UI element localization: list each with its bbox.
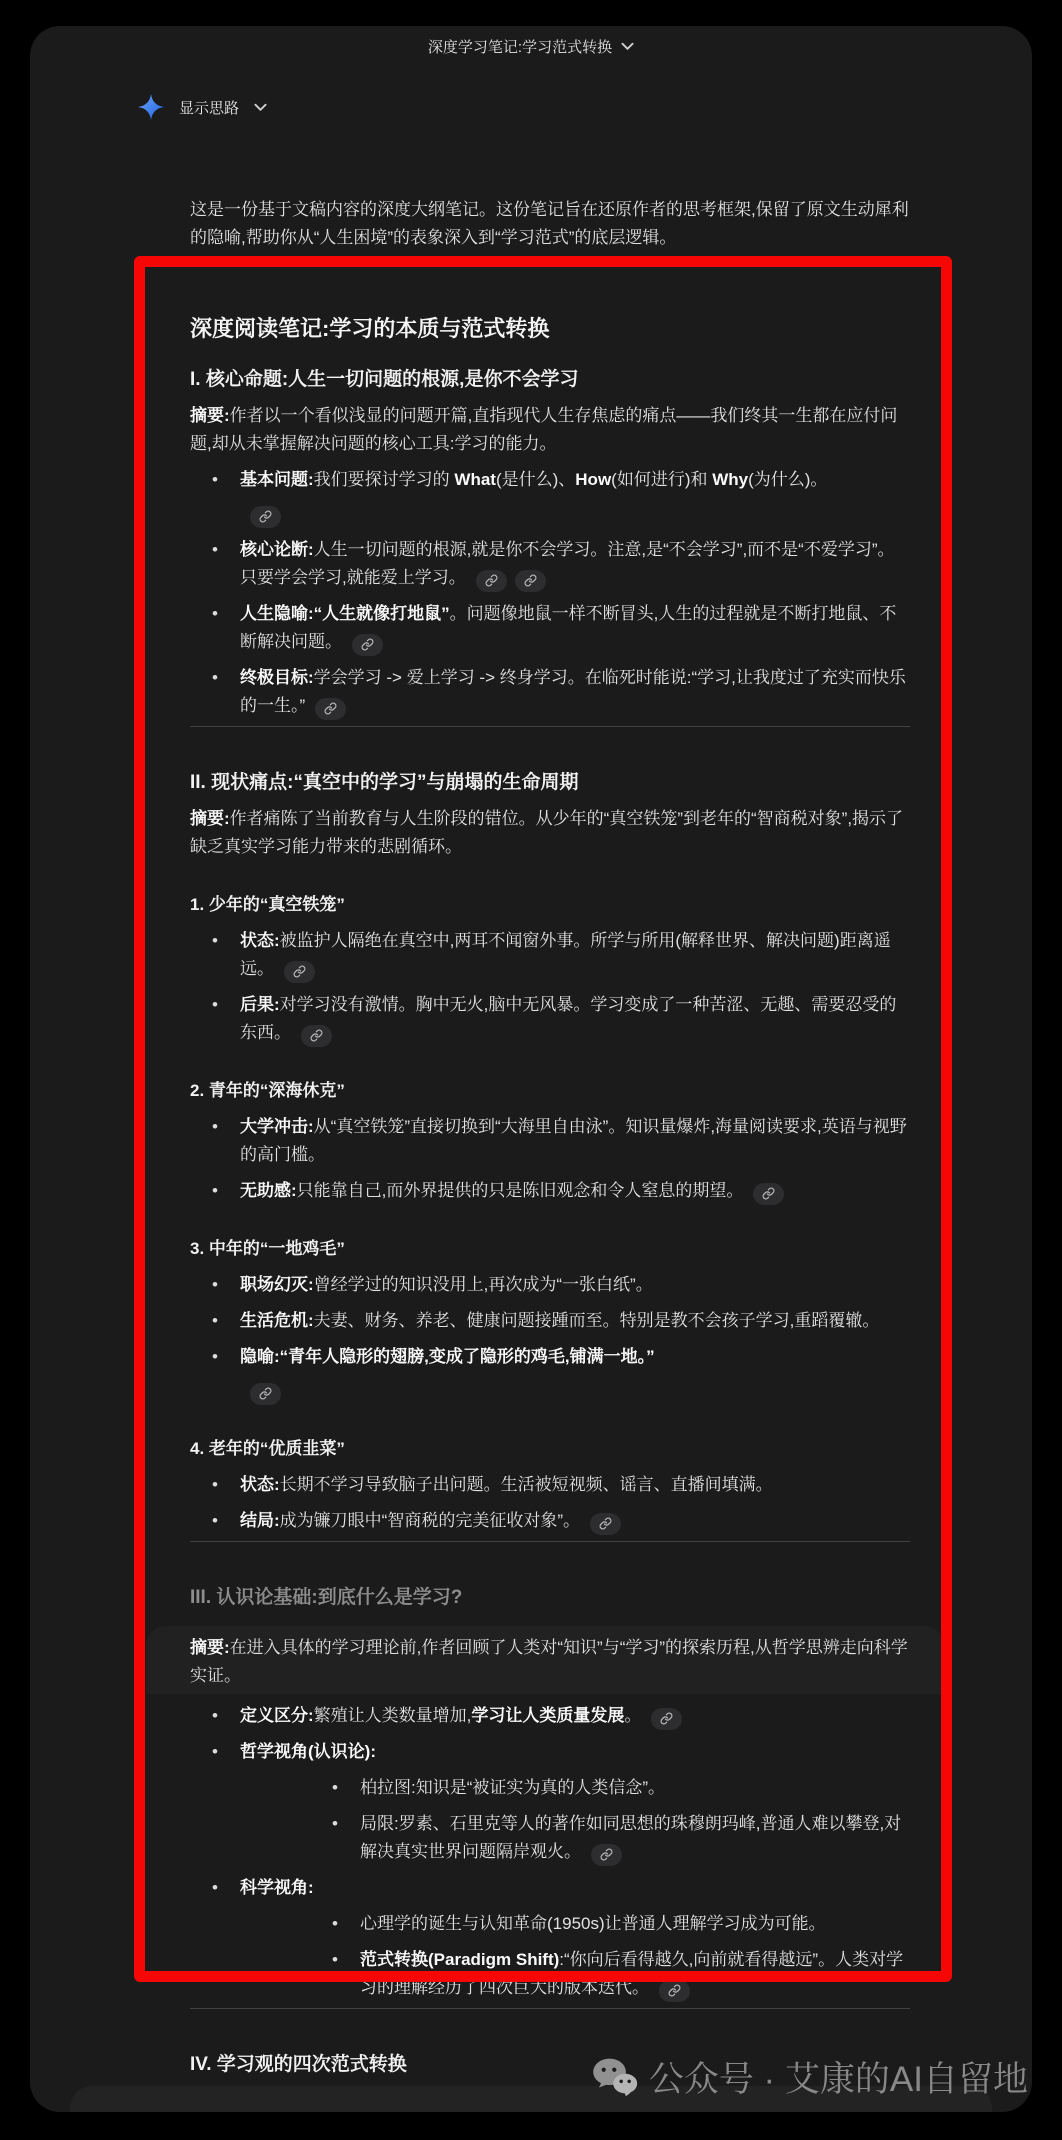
bullet-text: 无助感:只能靠自己,而外界提供的只是陈旧观念和令人窒息的期望。 [240, 1181, 784, 1200]
bullet-text: 生活危机:夫妻、财务、养老、健康问题接踵而至。特别是教不会孩子学习,重蹈覆辙。 [240, 1311, 879, 1330]
bullet-item: 终极目标:学会学习 -> 爱上学习 -> 终身学习。在临死时能说:“学习,让我度… [190, 664, 910, 720]
chevron-down-icon [621, 42, 634, 51]
bullet-list: 状态:长期不学习导致脑子出问题。生活被短视频、谣言、直播间填满。结局:成为镰刀眼… [190, 1471, 910, 1535]
assistant-message: 这是一份基于文稿内容的深度大纲笔记。这份笔记旨在还原作者的思考框架,保留了原文生… [30, 120, 1032, 2112]
bullet-item: 定义区分:繁殖让人类数量增加,学习让人类质量发展。 [190, 1702, 910, 1730]
chevron-down-icon [254, 103, 267, 112]
link-icon [599, 1517, 612, 1530]
bullet-text: 终极目标:学会学习 -> 爱上学习 -> 终身学习。在临死时能说:“学习,让我度… [240, 668, 906, 715]
link-chip-row [240, 1377, 910, 1405]
link-chip[interactable] [591, 1844, 622, 1866]
bullet-text: 哲学视角(认识论): [240, 1742, 376, 1761]
divider [190, 2008, 910, 2009]
link-chip-row [240, 500, 910, 528]
link-icon [259, 510, 272, 523]
link-icon [310, 1029, 323, 1042]
nested-list: 柏拉图:知识是“被证实为真的人类信念”。局限:罗素、石里克等人的著作如同思想的珠… [310, 1774, 910, 1866]
bullet-text: 状态:被监护人隔绝在真空中,两耳不闻窗外事。所学与所用(解释世界、解决问题)距离… [240, 931, 891, 978]
bullet-item: 生活危机:夫妻、财务、养老、健康问题接踵而至。特别是教不会孩子学习,重蹈覆辙。 [190, 1307, 910, 1335]
subsection-heading: 4. 老年的“优质韭菜” [190, 1435, 910, 1463]
bullet-item: 隐喻:“青年人隐形的翅膀,变成了隐形的鸡毛,铺满一地。” [190, 1343, 910, 1405]
link-chip[interactable] [651, 1708, 682, 1730]
bullet-text: 科学视角: [240, 1878, 314, 1897]
wechat-icon [591, 2057, 639, 2097]
bullet-text: 人生隐喻:“人生就像打地鼠”。问题像地鼠一样不断冒头,人生的过程就是不断打地鼠、… [240, 604, 896, 651]
bullet-item: 局限:罗素、石里克等人的著作如同思想的珠穆朗玛峰,普通人难以攀登,对解决真实世界… [310, 1810, 910, 1866]
link-chip[interactable] [659, 1980, 690, 2002]
bullet-text: 心理学的诞生与认知革命(1950s)让普通人理解学习成为可能。 [360, 1914, 826, 1933]
bullet-text: 大学冲击:从“真空铁笼”直接切换到“大海里自由泳”。知识量爆炸,海量阅读要求,英… [240, 1117, 907, 1164]
bullet-list: 状态:被监护人隔绝在真空中,两耳不闻窗外事。所学与所用(解释世界、解决问题)距离… [190, 927, 910, 1047]
link-icon [324, 702, 337, 715]
section-summary: 摘要:作者以一个看似浅显的问题开篇,直指现代人生存焦虑的痛点——我们终其一生都在… [190, 402, 910, 458]
bullet-item: 状态:长期不学习导致脑子出问题。生活被短视频、谣言、直播间填满。 [190, 1471, 910, 1499]
bullet-item: 科学视角:心理学的诞生与认知革命(1950s)让普通人理解学习成为可能。范式转换… [190, 1874, 910, 2002]
bullet-item: 核心论断:人生一切问题的根源,就是你不会学习。注意,是“不会学习”,而不是“不爱… [190, 536, 910, 592]
divider [190, 726, 910, 727]
conversation-title-bar[interactable]: 深度学习笔记:学习范式转换 [30, 26, 1032, 66]
bullet-item: 心理学的诞生与认知革命(1950s)让普通人理解学习成为可能。 [310, 1910, 910, 1938]
subsection-heading: 3. 中年的“一地鸡毛” [190, 1235, 910, 1263]
link-icon [485, 574, 498, 587]
link-icon [293, 965, 306, 978]
bullet-item: 范式转换(Paradigm Shift):“你向后看得越久,向前就看得越远”。人… [310, 1946, 910, 2002]
divider [190, 1541, 910, 1542]
link-icon [668, 1984, 681, 1997]
bullet-text: 结局:成为镰刀眼中“智商税的完美征收对象”。 [240, 1511, 621, 1530]
page-title: 深度学习笔记:学习范式转换 [428, 36, 612, 57]
link-chip[interactable] [753, 1183, 784, 1205]
bullet-item: 哲学视角(认识论):柏拉图:知识是“被证实为真的人类信念”。局限:罗素、石里克等… [190, 1738, 910, 1866]
bullet-item: 大学冲击:从“真空铁笼”直接切换到“大海里自由泳”。知识量爆炸,海量阅读要求,英… [190, 1113, 910, 1169]
bullet-text: 定义区分:繁殖让人类数量增加,学习让人类质量发展。 [240, 1706, 682, 1725]
bullet-list: 大学冲击:从“真空铁笼”直接切换到“大海里自由泳”。知识量爆炸,海量阅读要求,英… [190, 1113, 910, 1205]
bullet-list: 职场幻灭:曾经学过的知识没用上,再次成为“一张白纸”。生活危机:夫妻、财务、养老… [190, 1271, 910, 1405]
link-chip[interactable] [515, 570, 546, 592]
link-icon [524, 574, 537, 587]
section-heading: III. 认识论基础:到底什么是学习? [190, 1584, 910, 1612]
bullet-text: 范式转换(Paradigm Shift):“你向后看得越久,向前就看得越远”。人… [360, 1950, 903, 1997]
bullet-list: 基本问题:我们要探讨学习的 What(是什么)、How(如何进行)和 Why(为… [190, 466, 910, 720]
bullet-text: 基本问题:我们要探讨学习的 What(是什么)、How(如何进行)和 Why(为… [240, 470, 827, 489]
show-thoughts-label: 显示思路 [179, 97, 239, 118]
link-chip[interactable] [301, 1025, 332, 1047]
bullet-text: 后果:对学习没有激情。胸中无火,脑中无风暴。学习变成了一种苦涩、无趣、需要忍受的… [240, 995, 896, 1042]
link-chip[interactable] [590, 1513, 621, 1535]
bullet-item: 状态:被监护人隔绝在真空中,两耳不闻窗外事。所学与所用(解释世界、解决问题)距离… [190, 927, 910, 983]
link-chip[interactable] [352, 634, 383, 656]
link-icon [762, 1187, 775, 1200]
section-heading: II. 现状痛点:“真空中的学习”与崩塌的生命周期 [190, 769, 910, 797]
link-chip[interactable] [315, 698, 346, 720]
link-icon [660, 1712, 673, 1725]
link-icon [361, 638, 374, 651]
watermark: 公众号 · 艾康的AI自留地 [591, 2052, 1028, 2102]
gemini-sparkle-icon [138, 94, 164, 120]
nested-list: 心理学的诞生与认知革命(1950s)让普通人理解学习成为可能。范式转换(Para… [310, 1910, 910, 2002]
bullet-text: 局限:罗素、石里克等人的著作如同思想的珠穆朗玛峰,普通人难以攀登,对解决真实世界… [360, 1814, 901, 1861]
show-thoughts-toggle[interactable]: 显示思路 [30, 66, 1032, 120]
bullet-item: 无助感:只能靠自己,而外界提供的只是陈旧观念和令人窒息的期望。 [190, 1177, 910, 1205]
bullet-text: 隐喻:“青年人隐形的翅膀,变成了隐形的鸡毛,铺满一地。” [240, 1347, 655, 1366]
bullet-list: 定义区分:繁殖让人类数量增加,学习让人类质量发展。哲学视角(认识论):柏拉图:知… [190, 1702, 910, 2002]
link-chip[interactable] [476, 570, 507, 592]
clipped-scroll-panel: 摘要:在进入具体的学习理论前,作者回顾了人类对“知识”与“学习”的探索历程,从哲… [146, 1626, 944, 1694]
subsection-heading: 1. 少年的“真空铁笼” [190, 891, 910, 919]
reading-note: 深度阅读笔记:学习的本质与范式转换I. 核心命题:人生一切问题的根源,是你不会学… [190, 314, 910, 2112]
bullet-text: 状态:长期不学习导致脑子出问题。生活被短视频、谣言、直播间填满。 [240, 1475, 773, 1494]
intro-paragraph: 这是一份基于文稿内容的深度大纲笔记。这份笔记旨在还原作者的思考框架,保留了原文生… [190, 196, 910, 252]
note-title: 深度阅读笔记:学习的本质与范式转换 [190, 314, 910, 344]
subsection-heading: 2. 青年的“深海休克” [190, 1077, 910, 1105]
link-icon [259, 1387, 272, 1400]
bullet-item: 后果:对学习没有激情。胸中无火,脑中无风暴。学习变成了一种苦涩、无趣、需要忍受的… [190, 991, 910, 1047]
watermark-text: 公众号 · 艾康的AI自留地 [649, 2052, 1028, 2102]
bullet-item: 人生隐喻:“人生就像打地鼠”。问题像地鼠一样不断冒头,人生的过程就是不断打地鼠、… [190, 600, 910, 656]
link-icon [600, 1848, 613, 1861]
bullet-item: 职场幻灭:曾经学过的知识没用上,再次成为“一张白纸”。 [190, 1271, 910, 1299]
link-chip[interactable] [250, 1383, 281, 1405]
link-chip[interactable] [284, 961, 315, 983]
section-heading: I. 核心命题:人生一切问题的根源,是你不会学习 [190, 366, 910, 394]
section-summary: 摘要:作者痛陈了当前教育与人生阶段的错位。从少年的“真空铁笼”到老年的“智商税对… [190, 805, 910, 861]
bullet-item: 结局:成为镰刀眼中“智商税的完美征收对象”。 [190, 1507, 910, 1535]
bullet-item: 柏拉图:知识是“被证实为真的人类信念”。 [310, 1774, 910, 1802]
bullet-text: 核心论断:人生一切问题的根源,就是你不会学习。注意,是“不会学习”,而不是“不爱… [240, 540, 894, 587]
chat-app: 深度学习笔记:学习范式转换 显示思路 这是一份基于文稿内容的深度大纲笔记。这份笔… [30, 26, 1032, 2112]
bullet-text: 柏拉图:知识是“被证实为真的人类信念”。 [360, 1778, 665, 1797]
section-summary: 摘要:在进入具体的学习理论前,作者回顾了人类对“知识”与“学习”的探索历程,从哲… [190, 1634, 910, 1690]
bullet-text: 职场幻灭:曾经学过的知识没用上,再次成为“一张白纸”。 [240, 1275, 653, 1294]
link-chip[interactable] [250, 506, 281, 528]
bullet-item: 基本问题:我们要探讨学习的 What(是什么)、How(如何进行)和 Why(为… [190, 466, 910, 528]
